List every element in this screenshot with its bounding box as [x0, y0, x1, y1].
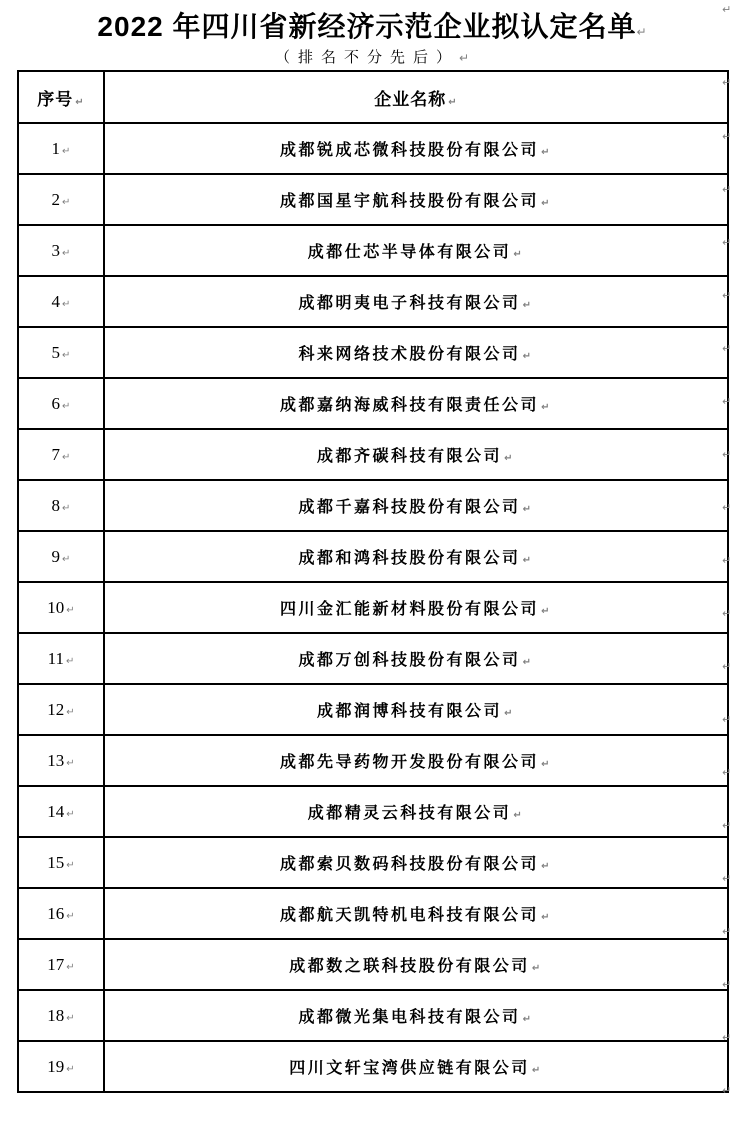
paragraph-mark-icon: ↵ — [523, 300, 534, 311]
row-seq: 9 — [52, 547, 61, 566]
table-row: 15↵ 成都索贝数码科技股份有限公司↵ — [18, 837, 728, 888]
row-end-mark-icon: ↵ — [722, 1085, 731, 1096]
row-seq: 15 — [47, 853, 64, 872]
row-end-mark-icon: ↵ — [722, 608, 731, 619]
row-company-name: 成都嘉纳海威科技有限责任公司 — [280, 397, 539, 414]
table-row: 5↵ 科来网络技术股份有限公司↵ — [18, 327, 728, 378]
paragraph-mark-icon: ↵ — [523, 504, 534, 515]
row-seq-cell: 8↵ — [18, 480, 104, 531]
paragraph-mark-icon: ↵ — [66, 707, 74, 718]
row-end-mark-icon: ↵ — [722, 1032, 731, 1043]
table-row: 1↵ 成都锐成芯微科技股份有限公司↵ — [18, 123, 728, 174]
paragraph-mark-icon: ↵ — [504, 708, 515, 719]
row-name-cell: 成都精灵云科技有限公司↵ — [104, 786, 728, 837]
row-end-mark-icon: ↵ — [722, 661, 731, 672]
row-seq-cell: 16↵ — [18, 888, 104, 939]
row-seq-cell: 14↵ — [18, 786, 104, 837]
table-row: 16↵ 成都航天凯特机电科技有限公司↵ — [18, 888, 728, 939]
row-name-cell: 成都微光集电科技有限公司↵ — [104, 990, 728, 1041]
row-name-cell: 四川文轩宝湾供应链有限公司↵ — [104, 1041, 728, 1092]
row-company-name: 成都微光集电科技有限公司 — [299, 1009, 521, 1026]
document-page: 2022 年四川省新经济示范企业拟认定名单↵ ↵ （排名不分先后）↵ 序号↵ 企… — [0, 0, 734, 1141]
paragraph-mark-icon: ↵ — [541, 912, 552, 923]
row-company-name: 成都润博科技有限公司 — [317, 703, 502, 720]
row-seq: 4 — [52, 292, 61, 311]
row-company-name: 成都索贝数码科技股份有限公司 — [280, 856, 539, 873]
row-seq-cell: 5↵ — [18, 327, 104, 378]
row-name-cell: 成都齐碳科技有限公司↵ — [104, 429, 728, 480]
page-title: 2022 年四川省新经济示范企业拟认定名单 — [97, 11, 636, 42]
paragraph-mark-icon: ↵ — [541, 861, 552, 872]
table-header: 序号↵ 企业名称↵ — [18, 71, 728, 123]
paragraph-mark-icon: ↵ — [532, 963, 543, 974]
row-seq: 8 — [52, 496, 61, 515]
header-cell-seq: 序号↵ — [18, 71, 104, 123]
paragraph-mark-icon: ↵ — [722, 4, 731, 15]
row-name-cell: 成都明夷电子科技有限公司↵ — [104, 276, 728, 327]
table-row: 8↵ 成都千嘉科技股份有限公司↵ — [18, 480, 728, 531]
row-seq: 19 — [47, 1057, 64, 1076]
title-line: 2022 年四川省新经济示范企业拟认定名单↵ — [17, 5, 727, 45]
table-row: 13↵ 成都先导药物开发股份有限公司↵ — [18, 735, 728, 786]
paragraph-mark-icon: ↵ — [513, 810, 524, 821]
row-seq-cell: 12↵ — [18, 684, 104, 735]
row-name-cell: 四川金汇能新材料股份有限公司↵ — [104, 582, 728, 633]
row-seq: 6 — [52, 394, 61, 413]
row-seq: 5 — [52, 343, 61, 362]
row-seq: 11 — [48, 649, 64, 668]
row-end-mark-icon: ↵ — [722, 77, 731, 88]
row-end-mark-icon: ↵ — [722, 820, 731, 831]
row-name-cell: 成都先导药物开发股份有限公司↵ — [104, 735, 728, 786]
table-row: 18↵ 成都微光集电科技有限公司↵ — [18, 990, 728, 1041]
row-seq-cell: 19↵ — [18, 1041, 104, 1092]
row-name-cell: 成都千嘉科技股份有限公司↵ — [104, 480, 728, 531]
row-name-cell: 成都仕芯半导体有限公司↵ — [104, 225, 728, 276]
table-row: 19↵ 四川文轩宝湾供应链有限公司↵ — [18, 1041, 728, 1092]
paragraph-mark-icon: ↵ — [459, 51, 469, 65]
row-company-name: 成都明夷电子科技有限公司 — [299, 295, 521, 312]
paragraph-mark-icon: ↵ — [448, 97, 457, 108]
row-seq: 7 — [52, 445, 61, 464]
row-end-mark-icon: ↵ — [722, 131, 731, 142]
row-seq: 16 — [47, 904, 64, 923]
paragraph-mark-icon: ↵ — [66, 1013, 74, 1024]
row-company-name: 四川文轩宝湾供应链有限公司 — [289, 1060, 530, 1077]
paragraph-mark-icon: ↵ — [523, 555, 534, 566]
paragraph-mark-icon: ↵ — [66, 656, 74, 667]
paragraph-mark-icon: ↵ — [66, 962, 74, 973]
header-row: 序号↵ 企业名称↵ — [18, 71, 728, 123]
paragraph-mark-icon: ↵ — [66, 605, 74, 616]
row-seq: 14 — [47, 802, 64, 821]
row-end-mark-icon: ↵ — [722, 237, 731, 248]
header-name-label: 企业名称 — [374, 90, 446, 109]
row-end-mark-icon: ↵ — [722, 979, 731, 990]
row-seq-cell: 15↵ — [18, 837, 104, 888]
row-seq-cell: 7↵ — [18, 429, 104, 480]
row-company-name: 成都万创科技股份有限公司 — [299, 652, 521, 669]
paragraph-mark-icon: ↵ — [541, 147, 552, 158]
row-seq-cell: 2↵ — [18, 174, 104, 225]
table-row: 2↵ 成都国星宇航科技股份有限公司↵ — [18, 174, 728, 225]
paragraph-mark-icon: ↵ — [541, 198, 552, 209]
row-end-mark-icon: ↵ — [722, 343, 731, 354]
row-company-name: 成都锐成芯微科技股份有限公司 — [280, 142, 539, 159]
paragraph-mark-icon: ↵ — [66, 1064, 74, 1075]
row-company-name: 科来网络技术股份有限公司 — [299, 346, 521, 363]
row-name-cell: 成都润博科技有限公司↵ — [104, 684, 728, 735]
row-seq-cell: 17↵ — [18, 939, 104, 990]
paragraph-mark-icon: ↵ — [62, 248, 70, 259]
row-company-name: 成都和鸿科技股份有限公司 — [299, 550, 521, 567]
paragraph-mark-icon: ↵ — [66, 809, 74, 820]
row-seq: 3 — [52, 241, 61, 260]
row-end-mark-icon: ↵ — [722, 502, 731, 513]
row-name-cell: 成都索贝数码科技股份有限公司↵ — [104, 837, 728, 888]
row-seq-cell: 18↵ — [18, 990, 104, 1041]
row-end-mark-icon: ↵ — [722, 449, 731, 460]
paragraph-mark-icon: ↵ — [541, 402, 552, 413]
row-seq: 12 — [47, 700, 64, 719]
subtitle-line: （排名不分先后）↵ — [17, 46, 727, 67]
paragraph-mark-icon: ↵ — [62, 197, 70, 208]
paragraph-mark-icon: ↵ — [513, 249, 524, 260]
table-row: 3↵ 成都仕芯半导体有限公司↵ — [18, 225, 728, 276]
row-company-name: 成都精灵云科技有限公司 — [308, 805, 512, 822]
company-list-table: 序号↵ 企业名称↵ 1↵ 成都锐成芯微科技股份有限公司↵ 2↵ 成都国星宇航科技… — [17, 70, 729, 1093]
row-name-cell: 成都航天凯特机电科技有限公司↵ — [104, 888, 728, 939]
row-company-name: 成都仕芯半导体有限公司 — [308, 244, 512, 261]
row-end-mark-icon: ↵ — [722, 873, 731, 884]
paragraph-mark-icon: ↵ — [75, 97, 84, 108]
page-subtitle: （排名不分先后） — [275, 50, 459, 66]
paragraph-mark-icon: ↵ — [62, 350, 70, 361]
row-seq: 17 — [47, 955, 64, 974]
row-seq-cell: 13↵ — [18, 735, 104, 786]
row-seq: 18 — [47, 1006, 64, 1025]
row-seq-cell: 9↵ — [18, 531, 104, 582]
row-company-name: 成都先导药物开发股份有限公司 — [280, 754, 539, 771]
paragraph-mark-icon: ↵ — [541, 759, 552, 770]
header-seq-label: 序号 — [37, 90, 73, 109]
paragraph-mark-icon: ↵ — [62, 554, 70, 565]
paragraph-mark-icon: ↵ — [532, 1065, 543, 1076]
paragraph-mark-icon: ↵ — [523, 1014, 534, 1025]
table-row: 11↵ 成都万创科技股份有限公司↵ — [18, 633, 728, 684]
row-end-mark-icon: ↵ — [722, 396, 731, 407]
row-seq-cell: 10↵ — [18, 582, 104, 633]
table-row: 17↵ 成都数之联科技股份有限公司↵ — [18, 939, 728, 990]
row-seq: 2 — [52, 190, 61, 209]
paragraph-mark-icon: ↵ — [541, 606, 552, 617]
table-row: 6↵ 成都嘉纳海威科技有限责任公司↵ — [18, 378, 728, 429]
row-end-mark-icon: ↵ — [722, 714, 731, 725]
row-seq-cell: 11↵ — [18, 633, 104, 684]
row-company-name: 成都齐碳科技有限公司 — [317, 448, 502, 465]
row-end-mark-icon: ↵ — [722, 767, 731, 778]
paragraph-mark-icon: ↵ — [62, 503, 70, 514]
paragraph-mark-icon: ↵ — [62, 146, 70, 157]
table-row: 7↵ 成都齐碳科技有限公司↵ — [18, 429, 728, 480]
table-row: 10↵ 四川金汇能新材料股份有限公司↵ — [18, 582, 728, 633]
row-seq-cell: 1↵ — [18, 123, 104, 174]
paragraph-mark-icon: ↵ — [62, 401, 70, 412]
paragraph-mark-icon: ↵ — [637, 25, 647, 39]
paragraph-mark-icon: ↵ — [66, 860, 74, 871]
table-body: 1↵ 成都锐成芯微科技股份有限公司↵ 2↵ 成都国星宇航科技股份有限公司↵ 3↵… — [18, 123, 728, 1092]
paragraph-mark-icon: ↵ — [523, 351, 534, 362]
row-name-cell: 成都和鸿科技股份有限公司↵ — [104, 531, 728, 582]
paragraph-mark-icon: ↵ — [62, 299, 70, 310]
row-end-mark-icon: ↵ — [722, 290, 731, 301]
paragraph-mark-icon: ↵ — [66, 758, 74, 769]
row-name-cell: 成都锐成芯微科技股份有限公司↵ — [104, 123, 728, 174]
paragraph-mark-icon: ↵ — [66, 911, 74, 922]
row-company-name: 成都国星宇航科技股份有限公司 — [280, 193, 539, 210]
row-name-cell: 成都国星宇航科技股份有限公司↵ — [104, 174, 728, 225]
row-seq-cell: 3↵ — [18, 225, 104, 276]
row-company-name: 成都数之联科技股份有限公司 — [289, 958, 530, 975]
table-row: 12↵ 成都润博科技有限公司↵ — [18, 684, 728, 735]
row-end-mark-icon: ↵ — [722, 926, 731, 937]
row-name-cell: 成都嘉纳海威科技有限责任公司↵ — [104, 378, 728, 429]
paragraph-mark-icon: ↵ — [62, 452, 70, 463]
header-cell-name: 企业名称↵ — [104, 71, 728, 123]
row-name-cell: 成都数之联科技股份有限公司↵ — [104, 939, 728, 990]
table-row: 4↵ 成都明夷电子科技有限公司↵ — [18, 276, 728, 327]
row-company-name: 成都千嘉科技股份有限公司 — [299, 499, 521, 516]
paragraph-mark-icon: ↵ — [523, 657, 534, 668]
row-seq: 10 — [47, 598, 64, 617]
paragraph-mark-icon: ↵ — [504, 453, 515, 464]
row-name-cell: 成都万创科技股份有限公司↵ — [104, 633, 728, 684]
row-company-name: 四川金汇能新材料股份有限公司 — [280, 601, 539, 618]
table-row: 14↵ 成都精灵云科技有限公司↵ — [18, 786, 728, 837]
row-seq-cell: 6↵ — [18, 378, 104, 429]
row-seq: 13 — [47, 751, 64, 770]
row-seq: 1 — [52, 139, 61, 158]
row-name-cell: 科来网络技术股份有限公司↵ — [104, 327, 728, 378]
table-row: 9↵ 成都和鸿科技股份有限公司↵ — [18, 531, 728, 582]
row-end-mark-icon: ↵ — [722, 184, 731, 195]
row-end-mark-icon: ↵ — [722, 555, 731, 566]
row-company-name: 成都航天凯特机电科技有限公司 — [280, 907, 539, 924]
row-seq-cell: 4↵ — [18, 276, 104, 327]
